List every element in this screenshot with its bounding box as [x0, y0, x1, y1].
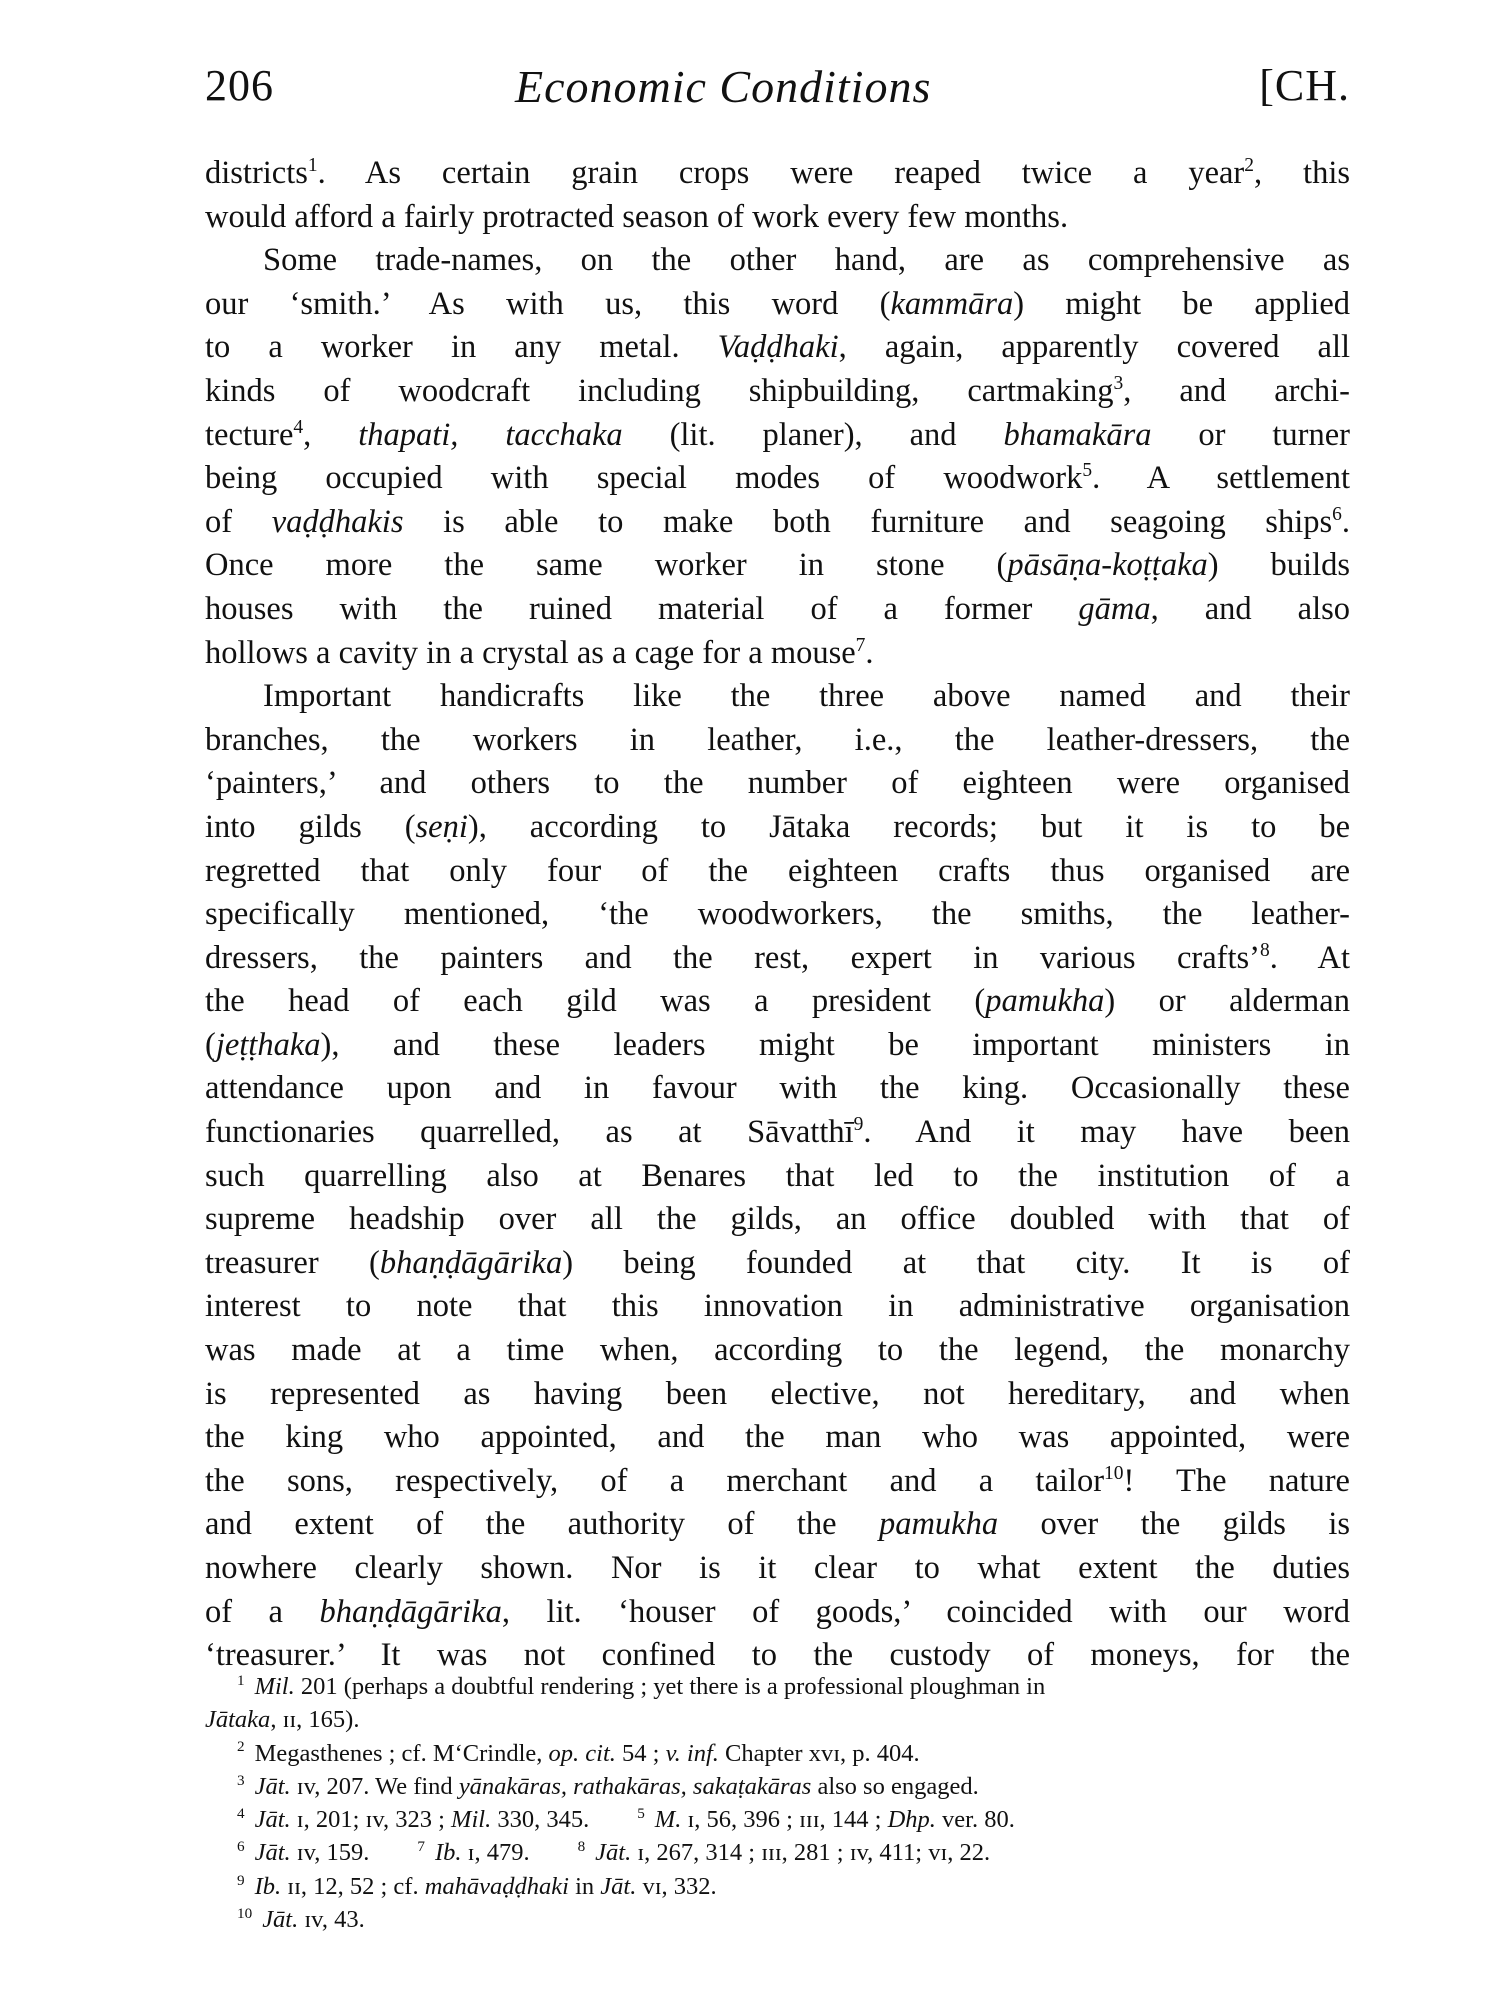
- italic-term: gāma: [1078, 591, 1150, 627]
- text-run: our ‘smith.’ As with us, this word (: [205, 286, 890, 322]
- text-line: such quarrelling also at Benares that le…: [205, 1155, 1350, 1199]
- footnote-number: 6: [237, 1838, 245, 1855]
- italic-term: Ib.: [435, 1839, 462, 1866]
- text-line: was made at a time when, according to th…: [205, 1329, 1350, 1373]
- text-run: ɪɪ, 12, 52 ; cf.: [281, 1873, 425, 1900]
- text-line: into gilds (seṇi), according to Jātaka r…: [205, 806, 1350, 850]
- text-run: ɪv, 159.: [291, 1839, 370, 1866]
- text-run: is represented as having been elective, …: [205, 1376, 1350, 1412]
- text-run: ) might be applied: [1013, 286, 1350, 322]
- text-line: the head of each gild was a president (p…: [205, 980, 1350, 1024]
- footnote-line: 6Jāt. ɪv, 159.7Ib. ɪ, 479.8Jāt. ɪ, 267, …: [205, 1836, 1350, 1869]
- text-run: 54 ;: [616, 1740, 666, 1767]
- text-run: (: [205, 1027, 216, 1063]
- text-line: being occupied with special modes of woo…: [205, 457, 1350, 501]
- footnote-number: 2: [237, 1738, 245, 1755]
- italic-term: thapati, tacchaka: [358, 417, 622, 453]
- text-run: houses with the ruined material of a for…: [205, 591, 1078, 627]
- text-run: functionaries quarrelled, as at Sāvatthī: [205, 1114, 854, 1150]
- text-run: of a: [205, 1594, 319, 1630]
- text-run: Important handicrafts like the three abo…: [263, 678, 1350, 714]
- footnote-line: 2Megasthenes ; cf. M‘Crindle, op. cit. 5…: [205, 1737, 1350, 1770]
- running-title: Economic Conditions: [515, 60, 931, 113]
- text-run: being occupied with special modes of woo…: [205, 460, 1082, 496]
- footnote-line: 10Jāt. ɪv, 43.: [205, 1903, 1350, 1936]
- italic-term: op. cit.: [549, 1740, 616, 1767]
- text-run: tecture: [205, 417, 293, 453]
- book-page: 206 Economic Conditions [CH. districts1.…: [205, 60, 1350, 1678]
- italic-term: mahāvaḍḍhaki: [425, 1873, 569, 1900]
- text-line: nowhere clearly shown. Nor is it clear t…: [205, 1547, 1350, 1591]
- text-run: Chapter xvɪ, p. 404.: [719, 1740, 920, 1767]
- text-line: dressers, the painters and the rest, exp…: [205, 937, 1350, 981]
- text-line: of a bhaṇḍāgārika, lit. ‘houser of goods…: [205, 1591, 1350, 1635]
- page-number: 206: [205, 60, 274, 111]
- italic-term: bhamakāra: [1003, 417, 1151, 453]
- italic-term: bhaṇḍāgārika: [380, 1245, 562, 1281]
- italic-term: jeṭṭhaka: [216, 1027, 321, 1063]
- italic-term: Jāt.: [255, 1839, 291, 1866]
- text-line: houses with the ruined material of a for…: [205, 588, 1350, 632]
- text-line: the king who appointed, and the man who …: [205, 1416, 1350, 1460]
- text-run: ɪ, 479.: [462, 1839, 530, 1866]
- text-run: would afford a fairly protracted season …: [205, 199, 1068, 235]
- text-run: to a worker in any metal.: [205, 329, 718, 365]
- text-run: over the gilds is: [998, 1506, 1350, 1542]
- italic-term: yānakāras, rathakāras, sakaṭakāras: [459, 1773, 812, 1800]
- text-run: in: [569, 1873, 600, 1900]
- text-run: supreme headship over all the gilds, an …: [205, 1201, 1350, 1237]
- text-run: ! The nature: [1124, 1463, 1350, 1499]
- text-line: branches, the workers in leather, i.e., …: [205, 719, 1350, 763]
- text-run: and extent of the authority of the: [205, 1506, 879, 1542]
- text-run: the sons, respectively, of a merchant an…: [205, 1463, 1104, 1499]
- text-line: specifically mentioned, ‘the woodworkers…: [205, 893, 1350, 937]
- text-run: , and also: [1151, 591, 1350, 627]
- footnote-number: 1: [237, 1672, 245, 1689]
- text-run: , and archi-: [1123, 373, 1350, 409]
- text-line: tecture4, thapati, tacchaka (lit. planer…: [205, 414, 1350, 458]
- text-run: hollows a cavity in a crystal as a cage …: [205, 635, 856, 671]
- italic-term: Vaḍḍhaki: [718, 329, 839, 365]
- text-run: specifically mentioned, ‘the woodworkers…: [205, 896, 1350, 932]
- body-text: districts1. As certain grain crops were …: [205, 152, 1350, 1678]
- text-run: vɪ, 332.: [636, 1873, 716, 1900]
- footnote-ref: 5: [1082, 460, 1092, 481]
- footnote-ref: 6: [1332, 504, 1342, 525]
- text-run: nowhere clearly shown. Nor is it clear t…: [205, 1550, 1350, 1586]
- footnote-number: 5: [637, 1805, 645, 1822]
- text-line: our ‘smith.’ As with us, this word (kamm…: [205, 283, 1350, 327]
- text-run: regretted that only four of the eighteen…: [205, 853, 1350, 889]
- footnote-ref: 3: [1114, 373, 1124, 394]
- italic-term: Jāt.: [255, 1806, 291, 1833]
- text-line: of vaḍḍhakis is able to make both furnit…: [205, 501, 1350, 545]
- text-run: or turner: [1151, 417, 1350, 453]
- running-header: 206 Economic Conditions [CH.: [205, 60, 1350, 140]
- text-run: dressers, the painters and the rest, exp…: [205, 940, 1260, 976]
- text-run: , lit. ‘houser of goods,’ coincided with…: [502, 1594, 1350, 1630]
- footnote-ref: 8: [1260, 940, 1270, 961]
- text-line: Once more the same worker in stone (pāsā…: [205, 544, 1350, 588]
- text-run: ), according to Jātaka records; but it i…: [468, 809, 1350, 845]
- footnote-ref: 4: [293, 417, 303, 438]
- text-run: interest to note that this innovation in…: [205, 1288, 1350, 1324]
- text-run: .: [865, 635, 873, 671]
- text-run: was made at a time when, according to th…: [205, 1332, 1350, 1368]
- text-run: .: [1342, 504, 1350, 540]
- footnote-number: 8: [578, 1838, 586, 1855]
- text-run: districts: [205, 155, 308, 191]
- italic-term: Mil.: [451, 1806, 491, 1833]
- italic-term: pāsāṇa-koṭṭaka: [1007, 547, 1207, 583]
- text-run: Megasthenes ; cf. M‘Crindle,: [255, 1740, 549, 1767]
- text-line: Some trade-names, on the other hand, are…: [205, 239, 1350, 283]
- text-line: attendance upon and in favour with the k…: [205, 1067, 1350, 1111]
- text-run: ,: [303, 417, 358, 453]
- text-line: would afford a fairly protracted season …: [205, 196, 1350, 240]
- italic-term: Jāt.: [600, 1873, 636, 1900]
- italic-term: vaḍḍhakis: [272, 504, 404, 540]
- text-run: attendance upon and in favour with the k…: [205, 1070, 1350, 1106]
- footnote-number: 9: [237, 1872, 245, 1889]
- text-run: ), and these leaders might be important …: [321, 1027, 1350, 1063]
- text-run: 330, 345.: [491, 1806, 589, 1833]
- italic-term: pamukha: [879, 1506, 998, 1542]
- text-line: interest to note that this innovation in…: [205, 1285, 1350, 1329]
- text-line: and extent of the authority of the pamuk…: [205, 1503, 1350, 1547]
- text-run: ) being founded at that city. It is of: [562, 1245, 1350, 1281]
- italic-term: Ib.: [255, 1873, 282, 1900]
- footnote-number: 10: [237, 1905, 252, 1922]
- text-run: ver. 80.: [936, 1806, 1015, 1833]
- footnote-ref: 1: [308, 155, 318, 176]
- chapter-marker: [CH.: [1259, 60, 1350, 111]
- footnote-line: 9Ib. ɪɪ, 12, 52 ; cf. mahāvaḍḍhaki in Jā…: [205, 1870, 1350, 1903]
- text-line: districts1. As certain grain crops were …: [205, 152, 1350, 196]
- text-line: hollows a cavity in a crystal as a cage …: [205, 632, 1350, 676]
- text-run: (lit. planer), and: [623, 417, 1004, 453]
- text-run: , this: [1254, 155, 1350, 191]
- text-run: ‘treasurer.’ It was not confined to the …: [205, 1637, 1350, 1673]
- text-run: ) builds: [1208, 547, 1350, 583]
- text-run: treasurer (: [205, 1245, 380, 1281]
- text-line: treasurer (bhaṇḍāgārika) being founded a…: [205, 1242, 1350, 1286]
- italic-term: Mil.: [255, 1673, 295, 1700]
- text-run: ɪ, 56, 396 ; ɪɪɪ, 144 ;: [681, 1806, 887, 1833]
- italic-term: seṇi: [416, 809, 468, 845]
- text-run: the head of each gild was a president (: [205, 983, 985, 1019]
- text-run: Some trade-names, on the other hand, are…: [263, 242, 1350, 278]
- text-run: , again, apparently covered all: [839, 329, 1350, 365]
- italic-term: Jāt.: [262, 1906, 298, 1933]
- italic-term: v. inf.: [666, 1740, 719, 1767]
- text-line: regretted that only four of the eighteen…: [205, 850, 1350, 894]
- footnote-number: 3: [237, 1772, 245, 1789]
- italic-term: kammāra: [890, 286, 1013, 322]
- text-line: Important handicrafts like the three abo…: [205, 675, 1350, 719]
- text-line: to a worker in any metal. Vaḍḍhaki, agai…: [205, 326, 1350, 370]
- text-run: . And it may have been: [863, 1114, 1350, 1150]
- text-line: supreme headship over all the gilds, an …: [205, 1198, 1350, 1242]
- text-run: ) or alderman: [1104, 983, 1350, 1019]
- footnote-line: 1Mil. 201 (perhaps a doubtful rendering …: [205, 1670, 1350, 1703]
- text-run: into gilds (: [205, 809, 416, 845]
- footnote-line: 3Jāt. ɪv, 207. We find yānakāras, rathak…: [205, 1770, 1350, 1803]
- footnote-number: 7: [417, 1838, 425, 1855]
- text-run: ɪv, 207. We find: [291, 1773, 459, 1800]
- text-run: . As certain grain crops were reaped twi…: [318, 155, 1245, 191]
- text-run: ‘painters,’ and others to the number of …: [205, 765, 1350, 801]
- italic-term: Jāt.: [255, 1773, 291, 1800]
- text-run: is able to make both furniture and seago…: [403, 504, 1332, 540]
- italic-term: bhaṇḍāgārika: [319, 1594, 501, 1630]
- footnote-ref: 2: [1244, 155, 1254, 176]
- footnote-ref: 10: [1104, 1463, 1124, 1484]
- text-line: ‘painters,’ and others to the number of …: [205, 762, 1350, 806]
- footnotes: 1Mil. 201 (perhaps a doubtful rendering …: [205, 1670, 1350, 1936]
- text-run: ɪ, 201; ɪv, 323 ;: [291, 1806, 451, 1833]
- italic-term: Jāt.: [595, 1839, 631, 1866]
- text-line: (jeṭṭhaka), and these leaders might be i…: [205, 1024, 1350, 1068]
- footnote-number: 4: [237, 1805, 245, 1822]
- footnote-line: Jātaka, ɪɪ, 165).: [205, 1703, 1350, 1736]
- text-run: . At: [1270, 940, 1350, 976]
- footnote-ref: 7: [856, 635, 866, 656]
- text-run: . A settlement: [1092, 460, 1350, 496]
- italic-term: M.: [655, 1806, 682, 1833]
- footnote-line: 4Jāt. ɪ, 201; ɪv, 323 ; Mil. 330, 345.5M…: [205, 1803, 1350, 1836]
- text-line: functionaries quarrelled, as at Sāvatthī…: [205, 1111, 1350, 1155]
- text-run: of: [205, 504, 272, 540]
- text-run: such quarrelling also at Benares that le…: [205, 1158, 1350, 1194]
- footnote-ref: 9: [854, 1114, 864, 1135]
- text-run: Once more the same worker in stone (: [205, 547, 1007, 583]
- text-line: kinds of woodcraft including shipbuildin…: [205, 370, 1350, 414]
- text-run: , ɪɪ, 165).: [270, 1706, 359, 1733]
- text-run: kinds of woodcraft including shipbuildin…: [205, 373, 1114, 409]
- text-run: also so engaged.: [811, 1773, 978, 1800]
- text-run: branches, the workers in leather, i.e., …: [205, 722, 1350, 758]
- italic-term: Jātaka: [205, 1706, 270, 1733]
- italic-term: pamukha: [985, 983, 1104, 1019]
- text-line: the sons, respectively, of a merchant an…: [205, 1460, 1350, 1504]
- text-run: 201 (perhaps a doubtful rendering ; yet …: [295, 1673, 1045, 1700]
- italic-term: Dhp.: [888, 1806, 936, 1833]
- text-run: ɪ, 267, 314 ; ɪɪɪ, 281 ; ɪv, 411; vɪ, 22…: [631, 1839, 990, 1866]
- text-run: the king who appointed, and the man who …: [205, 1419, 1350, 1455]
- text-run: ɪv, 43.: [298, 1906, 364, 1933]
- text-line: is represented as having been elective, …: [205, 1373, 1350, 1417]
